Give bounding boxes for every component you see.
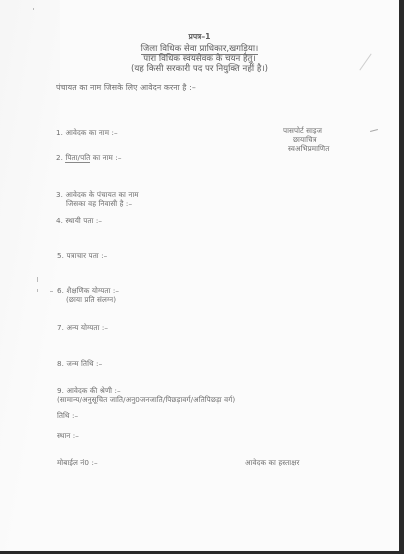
scanned-form-page: प्रपत्र–1 जिला विधिक सेवा प्राधिकार,खगड़… [0, 0, 399, 551]
field-category-options: (सामान्य/अनुसूचित जाति/अनु0जनजाति/पिछड़ा… [57, 395, 235, 405]
field-applicant-name: 1. आवेदक का नाम :– [56, 128, 118, 138]
scan-speck [37, 277, 38, 282]
scan-streak [370, 129, 378, 132]
date-label: तिथि :– [57, 411, 78, 421]
field-father-husband-name: 2. पिता/पति का नाम :– [56, 153, 122, 163]
place-label: स्थान :– [57, 431, 79, 441]
scan-speck [50, 291, 53, 292]
scan-speck [37, 289, 38, 292]
field-panchayat-residence: जिसका वह निवासी है :– [66, 199, 132, 209]
field-correspondence-address: 5. पत्राचार पता :– [57, 251, 107, 261]
disclaimer-note: (यह किसी सरकारी पद पर नियुक्ति नहीं है।) [0, 62, 399, 74]
field-other-qualification: 7. अन्य योग्यता :– [57, 323, 108, 333]
panchayat-prompt: पंचायत का नाम जिसके लिए आवेदन करना है :– [56, 83, 196, 93]
signature-label: आवेदक का हस्ताक्षर [245, 458, 300, 468]
scan-speck [33, 8, 34, 10]
field-date-of-birth: 8. जन्म तिथि :– [57, 359, 102, 369]
form-number: प्रपत्र–1 [0, 32, 399, 42]
mobile-label: मोबाईल नं0 :– [57, 458, 98, 468]
photo-label-attested: स्वअभिप्रमाणित [288, 144, 329, 154]
field-permanent-address: 4. स्थायी पता :– [56, 216, 102, 226]
field-education-note: (छाया प्रति संलग्न) [66, 295, 116, 305]
